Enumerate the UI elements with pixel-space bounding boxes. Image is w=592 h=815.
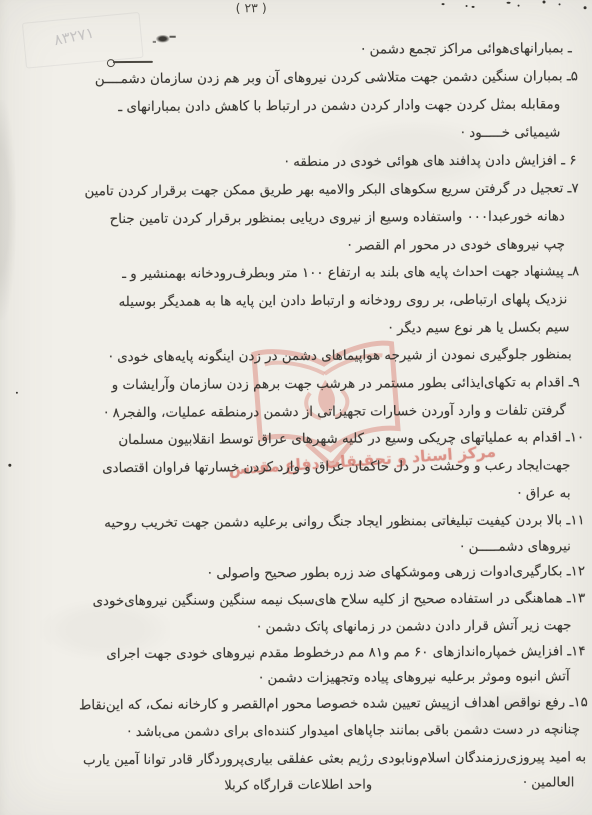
document-line-15: ۱۰ـ اقدام به عملیاتهای چریکی وسیع در کلی… xyxy=(118,429,584,450)
ink-speck xyxy=(518,5,520,7)
document-line-4: شیمیائی خـــــود · xyxy=(461,124,561,143)
document-line-9: ۸ـ پیشنهاد جهت احداث پایه های بلند به ار… xyxy=(122,263,579,284)
ink-speck xyxy=(543,0,546,3)
ink-speck xyxy=(472,6,475,8)
ink-speck xyxy=(442,3,445,5)
document-line-25: ۱۵ـ رفع نواقص اهداف ازپیش تعیین شده خصوص… xyxy=(79,694,588,715)
document-line-17: به عراق · xyxy=(517,485,570,503)
ink-speck xyxy=(8,464,11,467)
text-lines-layer: ـ بمبارانهای‌هوائی مراکز تجمع دشمن ·۵ـ ب… xyxy=(0,0,590,2)
document-line-11: سیم بکسل یا هر نوع سیم دیگر · xyxy=(388,319,569,338)
document-line-20: ۱۲ـ بکارگیری‌ادوات زرهی وموشکهای ضد زره … xyxy=(208,563,585,583)
document-line-23: ۱۴ـ افزایش خمپاره‌اندازهای ۶۰ مم و۸۱ مم … xyxy=(106,643,585,664)
document-line-2: ۵ـ بمباران سنگین دشمن جهت متلاشی کردن نی… xyxy=(95,68,578,89)
document-line-10: نزدیک پلهای ارتباطی، بر روی رودخانه و ار… xyxy=(119,291,568,312)
document-line-3: ومقابله بمثل کردن جهت وادار کردن دشمن در… xyxy=(118,96,560,117)
document-line-12: بمنظور جلوگیری نمودن از شیرجه هواپیماهای… xyxy=(109,346,572,367)
document-line-22: جهت زیر آتش قرار دادن دشمن در زمانهای پا… xyxy=(257,617,571,637)
document-line-14: گرفتن تلفات و وارد آوردن خسارات تجهیزاتی… xyxy=(104,402,566,423)
document-line-13: ۹ـ اقدام به تکهای‌ایذائی بطور مستمر در ه… xyxy=(112,374,580,395)
document-line-7: دهانه خورعبدا۰۰۰ واستفاده وسیع از نیروی … xyxy=(110,208,565,229)
document-line-16: جهت‌ایجاد رعب و وحشت در دل حاکمان عراق و… xyxy=(102,457,570,478)
ink-speck xyxy=(559,3,561,5)
document-line-1: ـ بمبارانهای‌هوائی مراکز تجمع دشمن · xyxy=(361,40,572,59)
document-line-21: ۱۳ـ هماهنگی در استفاده صحیح از کلیه سلاح… xyxy=(92,590,585,611)
scan-content: ( ۲۳ ) ۸۳۲۷۱ مرکز اسناد و تحقیقات دفاع م… xyxy=(0,0,592,815)
document-line-27: به امید پیروزی‌رزمندگان اسلام‌ونابودی رژ… xyxy=(83,749,586,770)
ink-speck xyxy=(584,6,587,9)
ink-speck xyxy=(16,392,18,394)
document-line-19: نیروهای دشمـــــن · xyxy=(460,538,571,557)
footer-prayer-text: العالمین · xyxy=(523,775,574,790)
document-line-26: چنانچه در دست دشمن باقی بمانند جاپاهای ا… xyxy=(127,721,580,742)
document-line-24: آتش انبوه وموثر برعلیه نیروهای پیاده وتج… xyxy=(259,668,570,688)
document-line-18: ۱۱ـ بالا بردن کیفیت تبلیغاتی بمنظور ایجا… xyxy=(104,512,585,533)
ink-speck xyxy=(507,2,511,4)
document-line-5: ۶ ـ افزایش دادن پدافند های هوائی خودی در… xyxy=(285,152,577,172)
scanned-document-page: ( ۲۳ ) ۸۳۲۷۱ مرکز اسناد و تحقیقات دفاع م… xyxy=(0,0,592,815)
page-number: ( ۲۳ ) xyxy=(236,0,267,15)
document-line-6: ۷ـ تعجیل در گرفتن سریع سکوهای البکر والا… xyxy=(84,180,578,201)
ink-smudge-annotation xyxy=(156,35,170,43)
footer-signature-unit: واحد اطلاعات قرارگاه کربلا xyxy=(224,778,372,794)
stray-pen-mark xyxy=(113,61,153,63)
document-line-8: چپ نیروهای خودی در محور ام القصر · xyxy=(347,236,565,255)
ink-speck xyxy=(466,5,468,7)
